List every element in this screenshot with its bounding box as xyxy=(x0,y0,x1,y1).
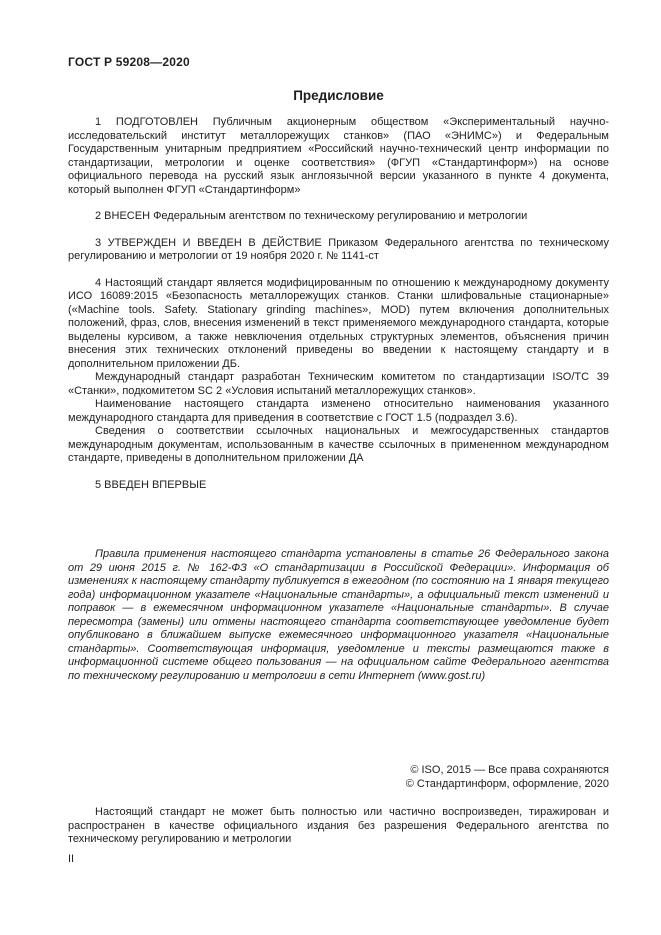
foreword-item-3-approved: 3 УТВЕРЖДЕН И ВВЕДЕН В ДЕЙСТВИЕ Приказом… xyxy=(68,237,609,264)
foreword-item-4-modified-standard: 4 Настоящий стандарт является модифициро… xyxy=(68,277,609,372)
foreword-item-4-reference-info: Сведения о соответствии ссылочных национ… xyxy=(68,425,609,466)
copyright-standartinform-line: © Стандартинформ, оформление, 2020 xyxy=(68,777,609,791)
reproduction-restriction-note: Настоящий стандарт не может быть полност… xyxy=(68,806,609,847)
document-code-header: ГОСТ Р 59208—2020 xyxy=(68,55,609,69)
foreword-item-2-submitted-by: 2 ВНЕСЕН Федеральным агентством по техни… xyxy=(68,210,609,224)
foreword-item-5-first-introduced: 5 ВВЕДЕН ВПЕРВЫЕ xyxy=(68,479,609,493)
foreword-item-4-name-changed: Наименование настоящего стандарта измене… xyxy=(68,398,609,425)
foreword-item-4-developed-by: Международный стандарт разработан Технич… xyxy=(68,371,609,398)
page-title: Предисловие xyxy=(68,88,609,103)
copyright-iso-line: © ISO, 2015 — Все права сохраняются xyxy=(68,763,609,777)
legal-application-note: Правила применения настоящего стандарта … xyxy=(68,548,609,683)
copyright-block: © ISO, 2015 — Все права сохраняются © Ст… xyxy=(68,763,609,791)
foreword-item-1-prepared-by: 1 ПОДГОТОВЛЕН Публичным акционерным обще… xyxy=(68,116,609,197)
page-number: II xyxy=(68,853,609,867)
document-page: ГОСТ Р 59208—2020 Предисловие 1 ПОДГОТОВ… xyxy=(0,0,661,935)
page-content: ГОСТ Р 59208—2020 Предисловие 1 ПОДГОТОВ… xyxy=(0,0,661,866)
